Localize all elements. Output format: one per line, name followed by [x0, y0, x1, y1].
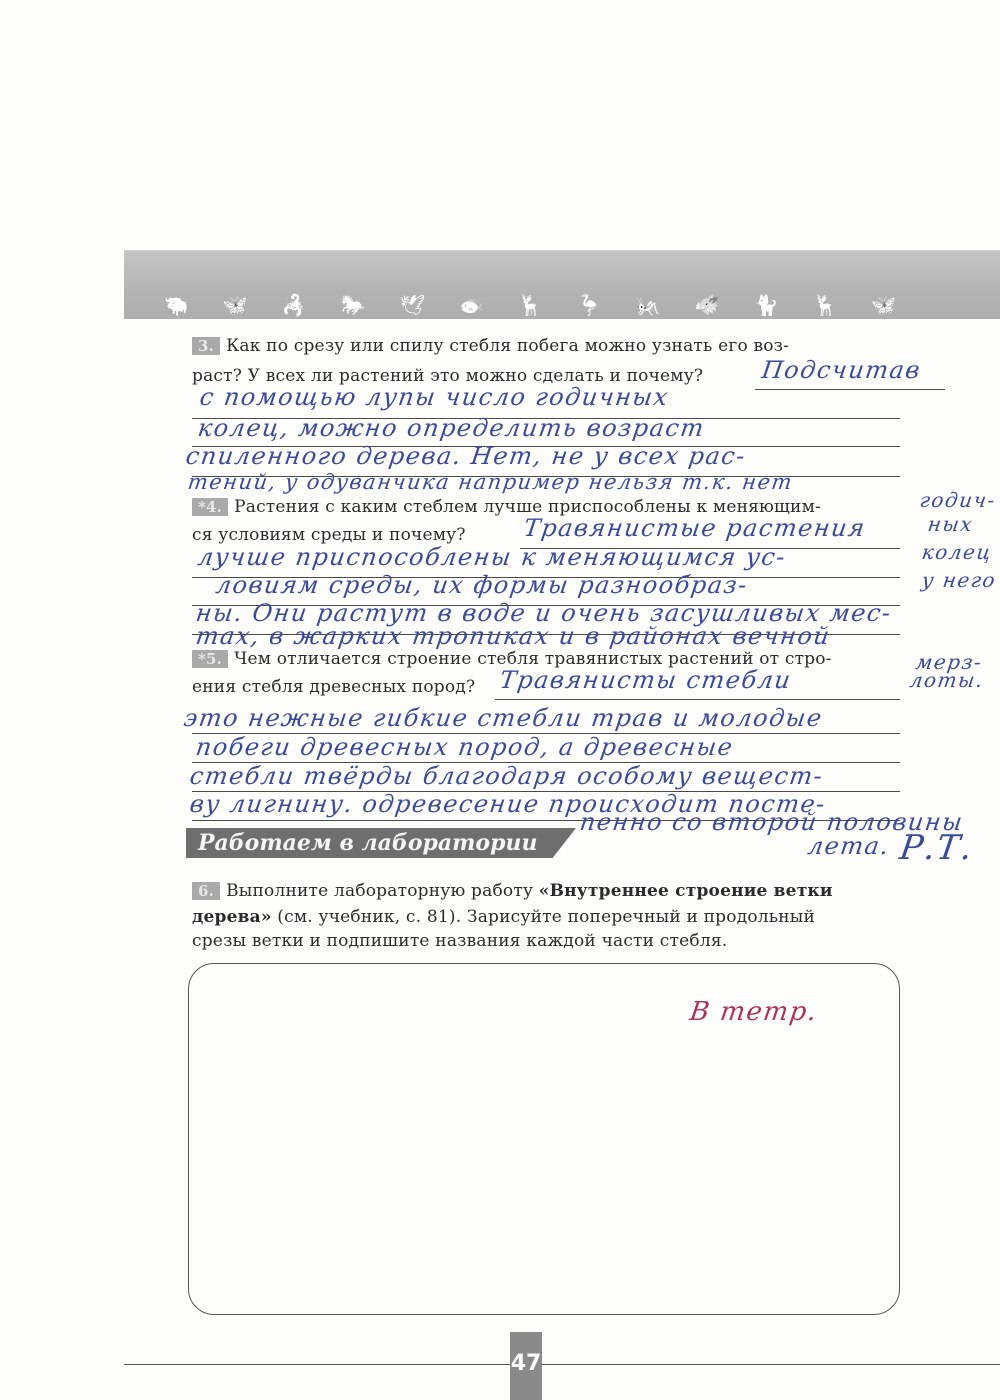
horse-icon: 🐎 — [341, 294, 366, 316]
answer-4-line2: ловиям среды, их формы разнообраз- — [214, 571, 750, 599]
question-number-badge: 6. — [192, 882, 220, 900]
header-banner: 🐃🦋🦂🐎🕊🐟🦌🦩🦗🐗🐈🦌🦋 — [124, 250, 1000, 319]
answer-3-line0: Подсчитав — [760, 356, 923, 384]
teacher-note: В тетр. — [688, 998, 819, 1026]
answer-5-line3: стебли твёрды благодаря особому вещест- — [188, 762, 825, 790]
question-5-line2: ения стебля древесных пород? — [192, 674, 475, 700]
answer-5-line0: Травянисты стебли — [498, 666, 793, 694]
butterfly-icon: 🦋 — [871, 294, 896, 316]
page-number: 47 — [510, 1332, 542, 1400]
bird-icon: 🕊 — [400, 294, 425, 316]
antelope-icon: 🦌 — [812, 294, 837, 316]
fish-icon: 🐟 — [459, 294, 484, 316]
answer-rule — [755, 389, 945, 390]
margin-note-line: у него — [920, 568, 997, 592]
question-6-line2: дерева» (см. учебник, с. 81). Зарисуйте … — [192, 904, 815, 930]
animal-silhouettes: 🐃🦋🦂🐎🕊🐟🦌🦩🦗🐗🐈🦌🦋 — [164, 294, 896, 316]
margin-note-line: колец — [920, 540, 993, 564]
deer-icon: 🦌 — [518, 294, 543, 316]
answer-rule — [495, 699, 900, 700]
question-number-badge: *4. — [192, 498, 228, 516]
scorpion-icon: 🦂 — [282, 294, 307, 316]
dragonfly-icon: 🦗 — [636, 294, 661, 316]
bison-icon: 🐃 — [164, 294, 189, 316]
question-6-line3: срезы ветки и подпишите названия каждой … — [192, 928, 727, 954]
butterfly-icon: 🦋 — [223, 294, 248, 316]
footer-rule — [124, 1364, 510, 1365]
question-number-badge: 3. — [192, 337, 220, 355]
heron-icon: 🦩 — [577, 294, 602, 316]
footer-rule — [542, 1364, 1000, 1365]
margin-note-line: ных — [926, 512, 975, 536]
margin-note-line: лоты. — [908, 668, 985, 692]
answer-3-line2: колец, можно определить возраст — [196, 414, 707, 442]
question-6-line1: 6.Выполните лабораторную работу «Внутрен… — [192, 878, 833, 904]
answer-3-line1: с помощью лупы число годичных — [198, 383, 671, 411]
answer-5-line1: это нежные гибкие стебли трав и молодые — [182, 704, 825, 732]
section-header: Работаем в лаборатории — [186, 828, 576, 858]
answer-3-line4: тений, у одуванчика например нельзя т.к.… — [186, 468, 795, 496]
margin-note-line: годич- — [918, 488, 997, 512]
question-3-line1: 3.Как по срезу или спилу стебля побега м… — [192, 333, 789, 359]
question-number-badge: *5. — [192, 650, 228, 668]
answer-5-line6: лета. — [806, 832, 892, 860]
signature: Р.Т. — [898, 834, 975, 862]
boar-icon: 🐗 — [695, 294, 720, 316]
answer-4-line1: лучше приспособлены к меняющимся ус- — [196, 543, 788, 571]
answer-3-line3: спиленного дерева. Нет, не у всех рас- — [184, 442, 748, 470]
cat-icon: 🐈 — [754, 294, 779, 316]
answer-5-line2: побеги древесных пород, а древесные — [194, 733, 735, 761]
answer-4-line0: Травянистые растения — [522, 514, 868, 542]
